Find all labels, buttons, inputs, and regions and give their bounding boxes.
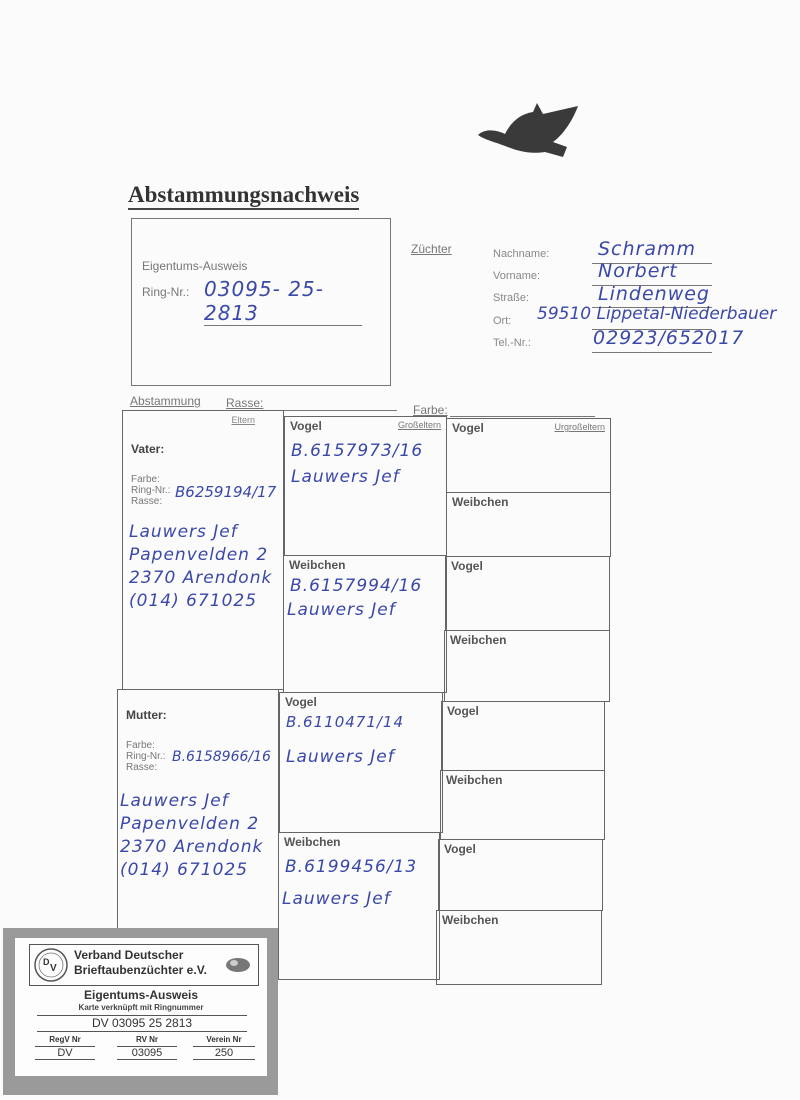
father-ring-label: Ring-Nr.: [131, 485, 170, 496]
great-grandparent-cell: Vogel Urgroßeltern [446, 418, 611, 493]
father-label: Vater: [131, 442, 164, 456]
mother-note: Papenvelden 2 [120, 813, 263, 836]
association-logo-icon: D V [33, 947, 69, 983]
great-grandparent-cell: Vogel [441, 701, 605, 771]
card-ring-number: DV 03095 25 2813 [37, 1015, 247, 1032]
grandparent-name: Lauwers Jef [287, 600, 396, 620]
grandparent-ring: B.6157973/16 [291, 441, 423, 461]
mother-note: (014) 671025 [120, 859, 263, 882]
ownership-box: Eigentums-Ausweis Ring-Nr.: 03095- 25- 2… [131, 218, 391, 386]
father-notes: Lauwers Jef Papenvelden 2 2370 Arendonk … [129, 521, 272, 613]
grandparent-ring: B.6157994/16 [290, 576, 422, 596]
father-cell: Eltern Vater: Farbe: Ring-Nr.: Rasse: B6… [122, 410, 284, 690]
street-value: Lindenweg [598, 283, 710, 305]
great-grandparent-label: Vogel [447, 704, 479, 718]
mother-notes: Lauwers Jef Papenvelden 2 2370 Arendonk … [120, 790, 263, 882]
org-name-line1: Verband Deutscher [74, 948, 207, 963]
mother-note: 2370 Arendonk [120, 836, 263, 859]
father-note: Papenvelden 2 [129, 544, 272, 567]
card-col-value: DV [35, 1046, 95, 1060]
phone-value: 02923/652017 [593, 327, 744, 349]
card-col-value: 03095 [117, 1046, 177, 1060]
great-grandparent-label: Vogel [452, 421, 484, 435]
great-grandparent-cell: Weibchen [436, 910, 602, 985]
pedigree-section-label: Abstammung [130, 394, 201, 408]
father-rasse-label: Rasse: [131, 496, 170, 507]
farbe-label: Farbe: [413, 403, 448, 417]
grandparent-label: Vogel [290, 419, 322, 433]
street-label: Straße: [493, 292, 529, 304]
great-grandparent-label: Weibchen [446, 773, 502, 787]
great-grandparent-cell: Weibchen [446, 492, 611, 557]
pigeon-badge-icon [225, 955, 251, 973]
firstname-label: Vorname: [493, 270, 540, 282]
ring-value: 03095- 25- 2813 [204, 277, 362, 326]
mother-rasse-label: Rasse: [126, 762, 165, 773]
great-grandparent-label: Weibchen [450, 633, 506, 647]
grandparent-name: Lauwers Jef [282, 889, 391, 909]
mother-ring-value: B.6158966/16 [172, 749, 271, 765]
card-subtitle: Karte verknüpft mit Ringnummer [15, 1003, 267, 1012]
city-label: Ort: [493, 315, 511, 327]
lastname-label: Nachname: [493, 248, 549, 260]
great-grandparent-label: Weibchen [452, 495, 508, 509]
phone-label: Tel.-Nr.: [493, 337, 531, 349]
father-note: (014) 671025 [129, 590, 272, 613]
card-col-label: Verein Nr [193, 1035, 255, 1044]
mother-note: Lauwers Jef [120, 790, 263, 813]
rasse-label: Rasse: [226, 396, 263, 410]
great-grandparent-cell: Vogel [445, 556, 610, 631]
pigeon-silhouette-icon [475, 100, 590, 175]
firstname-value: Norbert [598, 260, 678, 282]
ring-label: Ring-Nr.: [142, 285, 189, 299]
grandparents-column-label: Großeltern [398, 420, 441, 430]
great-grandparent-label: Vogel [451, 559, 483, 573]
grandparent-name: Lauwers Jef [286, 747, 395, 767]
father-farbe-label: Farbe: [131, 474, 170, 485]
great-grandparent-label: Vogel [444, 842, 476, 856]
grandparent-cell: Weibchen B.6199456/13 Lauwers Jef [278, 832, 440, 980]
grandparent-label: Vogel [285, 695, 317, 709]
father-note: Lauwers Jef [129, 521, 272, 544]
grandparent-ring: B.6110471/14 [286, 713, 404, 731]
father-note: 2370 Arendonk [129, 567, 272, 590]
grandparent-name: Lauwers Jef [291, 467, 400, 487]
grandparent-label: Weibchen [289, 558, 345, 572]
page-title: Abstammungsnachweis [128, 182, 359, 210]
mother-cell: Mutter: Farbe: Ring-Nr.: Rasse: B.615896… [117, 689, 279, 949]
card-col-label: RegV Nr [35, 1035, 95, 1044]
grandparent-ring: B.6199456/13 [285, 857, 417, 877]
mother-label: Mutter: [126, 708, 167, 722]
great-grandparent-cell: Vogel [438, 839, 603, 911]
father-ring-value: B6259194/17 [175, 483, 276, 501]
svg-text:V: V [50, 963, 57, 974]
great-grandparent-cell: Weibchen [444, 630, 610, 702]
mother-ring-label: Ring-Nr.: [126, 751, 165, 762]
org-name-line2: Brieftaubenzüchter e.V. [74, 963, 207, 978]
ownership-card: D V Verband Deutscher Brieftaubenzüchter… [3, 928, 278, 1095]
grandparent-cell: Weibchen B.6157994/16 Lauwers Jef [283, 555, 447, 693]
greatgrandparents-column-label: Urgroßeltern [554, 422, 605, 432]
mother-farbe-label: Farbe: [126, 740, 165, 751]
svg-text:D: D [43, 957, 50, 967]
card-col-value: 250 [193, 1046, 255, 1060]
grandparent-cell: Vogel Großeltern B.6157973/16 Lauwers Je… [284, 416, 447, 556]
grandparent-label: Weibchen [284, 835, 340, 849]
great-grandparent-label: Weibchen [442, 913, 498, 927]
grandparent-cell: Vogel B.6110471/14 Lauwers Jef [279, 692, 443, 833]
parents-column-label: Eltern [231, 415, 255, 425]
card-col-label: RV Nr [117, 1035, 177, 1044]
lastname-value: Schramm [598, 238, 696, 260]
city-value: 59510 Lippetal-Niederbauer [537, 304, 776, 324]
breeder-section-label: Züchter [411, 242, 452, 256]
ownership-label: Eigentums-Ausweis [142, 259, 247, 273]
great-grandparent-cell: Weibchen [440, 770, 605, 840]
card-title: Eigentums-Ausweis [15, 988, 267, 1002]
